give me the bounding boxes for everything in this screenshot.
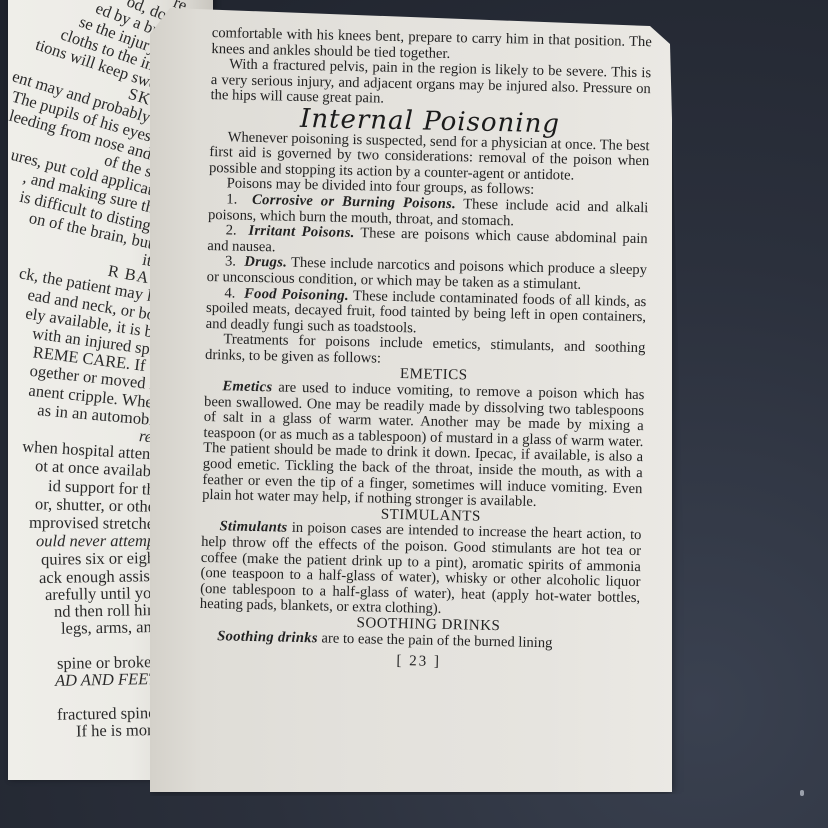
dust-speck: [800, 790, 804, 796]
right-page: comfortable with his knees bent, prepare…: [150, 4, 672, 792]
page-number: [ 23 ]: [199, 650, 639, 675]
right-page-text: comfortable with his knees bent, prepare…: [199, 26, 652, 675]
left-page-line: legs, arms, and: [61, 617, 160, 639]
left-page-line: AD AND FEET.: [55, 669, 161, 691]
paragraph-emetics: Emetics are used to induce vomiting, to …: [202, 379, 645, 513]
paragraph-pelvis: With a fractured pelvis, pain in the reg…: [210, 57, 651, 113]
paragraph-stimulants: Stimulants in poison cases are intended …: [200, 519, 642, 622]
left-page-line: If he is more: [76, 720, 160, 741]
